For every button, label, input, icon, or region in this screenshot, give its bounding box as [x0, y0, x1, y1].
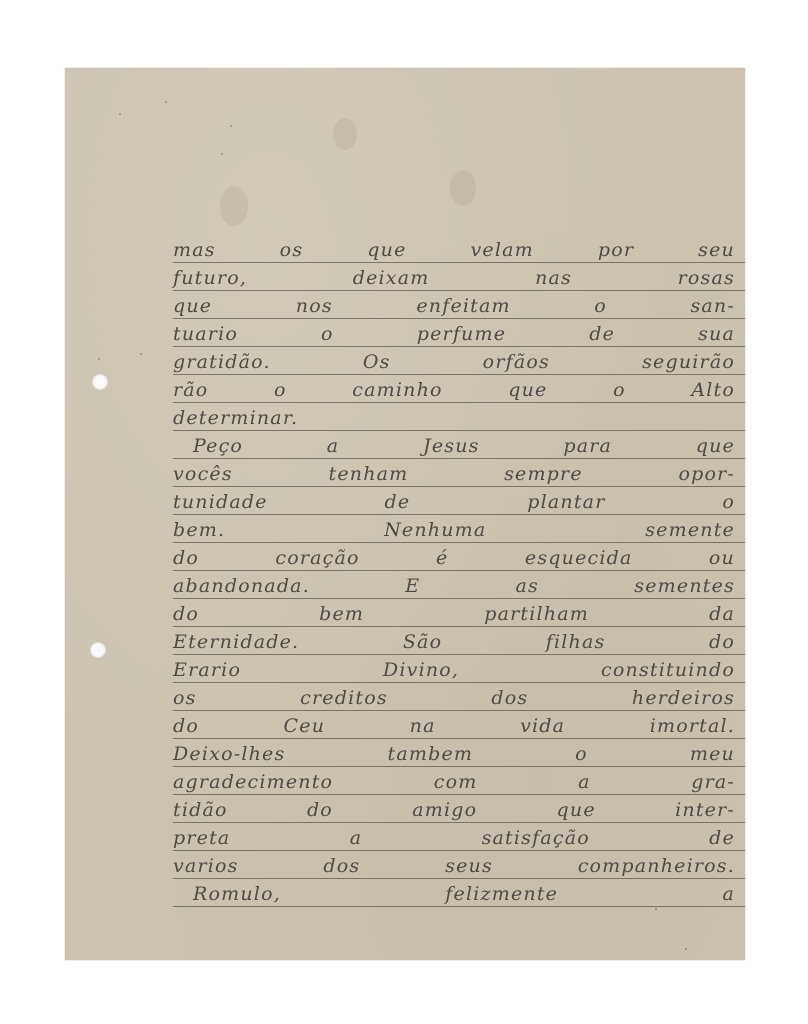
text-line: Peço a Jesus para que: [173, 431, 745, 459]
handwritten-text: gratidão. Os orfãos seguirão: [173, 351, 735, 373]
text-line: do coração é esquecida ou: [173, 543, 745, 571]
text-line: Romulo, felizmente a: [173, 879, 745, 907]
paper-speck: [140, 353, 142, 355]
text-line: do Ceu na vida imortal.: [173, 711, 745, 739]
text-line: abandonada. E as sementes: [173, 571, 745, 599]
text-line: varios dos seus companheiros.: [173, 851, 745, 879]
handwritten-text: tuario o perfume de sua: [173, 323, 735, 345]
paper-speck: [165, 101, 167, 103]
fingerprint-smudge: [450, 170, 476, 206]
handwritten-text: mas os que velam por seu: [173, 239, 735, 261]
text-line: mas os que velam por seu: [173, 235, 745, 263]
handwritten-text: do coração é esquecida ou: [173, 547, 735, 569]
text-line: agradecimento com a gra-: [173, 767, 745, 795]
text-line: determinar.: [173, 403, 745, 431]
text-line: preta a satisfação de: [173, 823, 745, 851]
text-line: tuario o perfume de sua: [173, 319, 745, 347]
text-line: Deixo-lhes tambem o meu: [173, 739, 745, 767]
paper-speck: [221, 153, 223, 155]
handwritten-text: rão o caminho que o Alto: [173, 379, 735, 401]
handwritten-text: varios dos seus companheiros.: [173, 855, 735, 877]
handwritten-text: do bem partilham da: [173, 603, 735, 625]
text-line: bem. Nenhuma semente: [173, 515, 745, 543]
handwritten-text: bem. Nenhuma semente: [173, 519, 735, 541]
paper-speck: [685, 948, 687, 950]
text-line: vocês tenham sempre opor-: [173, 459, 745, 487]
handwritten-text: tunidade de plantar o: [173, 491, 735, 513]
handwritten-text: Peço a Jesus para que: [173, 435, 735, 457]
fingerprint-smudge: [333, 118, 357, 150]
handwritten-text: Romulo, felizmente a: [173, 883, 735, 905]
handwritten-text: abandonada. E as sementes: [173, 575, 735, 597]
handwritten-letter-page: mas os que velam por seu futuro, deixam …: [65, 68, 745, 960]
text-line: gratidão. Os orfãos seguirão: [173, 347, 745, 375]
text-line: tunidade de plantar o: [173, 487, 745, 515]
text-line: Erario Divino, constituindo: [173, 655, 745, 683]
text-line: que nos enfeitam o san-: [173, 291, 745, 319]
fingerprint-smudge: [220, 186, 248, 226]
handwritten-text: Erario Divino, constituindo: [173, 659, 735, 681]
text-line: tidão do amigo que inter-: [173, 795, 745, 823]
binder-hole-bottom: [90, 642, 106, 658]
paper-speck: [230, 125, 232, 127]
handwritten-text: do Ceu na vida imortal.: [173, 715, 735, 737]
handwritten-text: determinar.: [173, 407, 735, 429]
handwritten-text: os creditos dos herdeiros: [173, 687, 735, 709]
text-line: Eternidade. São filhas do: [173, 627, 745, 655]
handwritten-text: vocês tenham sempre opor-: [173, 463, 735, 485]
paper-speck: [119, 113, 121, 115]
paper-speck: [98, 358, 100, 360]
text-line: do bem partilham da: [173, 599, 745, 627]
handwritten-text: Eternidade. São filhas do: [173, 631, 735, 653]
handwritten-text: agradecimento com a gra-: [173, 771, 735, 793]
handwritten-text: futuro, deixam nas rosas: [173, 267, 735, 289]
paper-speck: [655, 908, 657, 910]
handwritten-text: preta a satisfação de: [173, 827, 735, 849]
handwritten-text: Deixo-lhes tambem o meu: [173, 743, 735, 765]
handwritten-text: tidão do amigo que inter-: [173, 799, 735, 821]
handwritten-text: que nos enfeitam o san-: [173, 295, 735, 317]
text-line: os creditos dos herdeiros: [173, 683, 745, 711]
ruled-text-area: mas os que velam por seu futuro, deixam …: [173, 235, 745, 907]
binder-hole-top: [92, 374, 108, 390]
text-line: rão o caminho que o Alto: [173, 375, 745, 403]
text-line: futuro, deixam nas rosas: [173, 263, 745, 291]
